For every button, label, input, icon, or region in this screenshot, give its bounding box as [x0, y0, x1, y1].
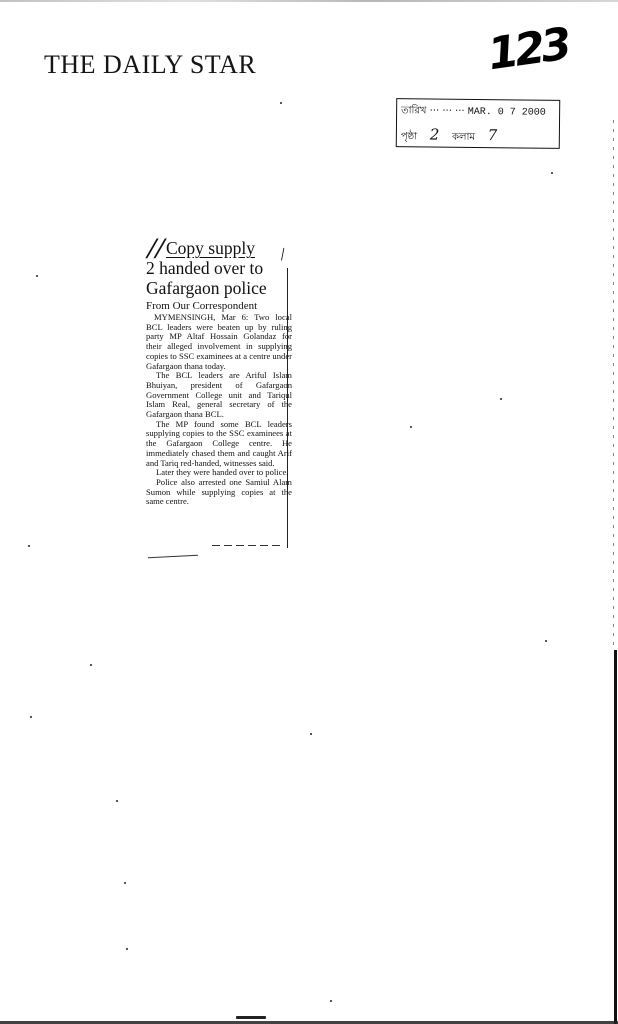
scan-speck	[330, 1000, 332, 1002]
scan-speck	[545, 640, 547, 642]
headline-line-1: Copy supply	[146, 238, 292, 258]
scan-speck	[36, 275, 38, 277]
scan-speck	[124, 882, 126, 884]
stamp-date-row: তারিখ ··· ··· ··· MAR. 0 7 2000	[401, 103, 546, 122]
stamp-dots: ··· ··· ···	[430, 105, 465, 116]
scan-speck	[280, 102, 282, 104]
handwritten-page-number: 123	[485, 19, 571, 81]
scan-speck	[116, 800, 118, 802]
stamp-page-row: পৃষ্ঠা 2 কলাম 7	[401, 125, 498, 147]
stamp-page-value: 2	[430, 125, 440, 143]
clipping-cut-edge-bottom-dashed	[212, 545, 282, 546]
scan-right-edge	[614, 650, 617, 1024]
scan-right-edge-dotted	[613, 120, 614, 650]
headline-line-2: 2 handed over to	[146, 258, 292, 278]
stamp-date-value: MAR. 0 7 2000	[468, 107, 546, 119]
newspaper-masthead: THE DAILY STAR	[44, 50, 256, 80]
article-paragraph: MYMENSINGH, Mar 6: Two local BCL leaders…	[146, 313, 292, 371]
stamp-page-label: পৃষ্ঠা	[401, 131, 417, 142]
article-body: MYMENSINGH, Mar 6: Two local BCL leaders…	[146, 313, 292, 507]
archive-stamp: তারিখ ··· ··· ··· MAR. 0 7 2000 পৃষ্ঠা 2…	[396, 98, 561, 149]
stamp-date-label: তারিখ	[401, 105, 426, 116]
clipping-cut-edge-bottom	[148, 555, 198, 559]
scan-speck	[410, 426, 412, 428]
stamp-column-value: 7	[488, 126, 498, 144]
scan-speck	[90, 664, 92, 666]
news-clipping: Copy supply 2 handed over to Gafargaon p…	[146, 238, 292, 507]
scan-speck	[30, 716, 32, 718]
article-paragraph: The MP found some BCL leaders supplying …	[146, 420, 292, 469]
headline-line-3: Gafargaon police	[146, 278, 292, 298]
article-paragraph: Police also arrested one Samiul Alam Sum…	[146, 478, 292, 507]
article-paragraph: The BCL leaders are Ariful Islam Bhuiyan…	[146, 371, 292, 420]
scan-speck	[236, 1016, 266, 1019]
byline: From Our Correspondent	[146, 300, 292, 312]
scan-speck	[28, 545, 30, 547]
stamp-column-label: কলাম	[452, 132, 475, 143]
scan-speck	[500, 398, 502, 400]
scan-top-edge	[0, 0, 618, 2]
scan-speck	[310, 733, 312, 735]
scan-speck	[126, 948, 128, 950]
scan-speck	[551, 172, 553, 174]
